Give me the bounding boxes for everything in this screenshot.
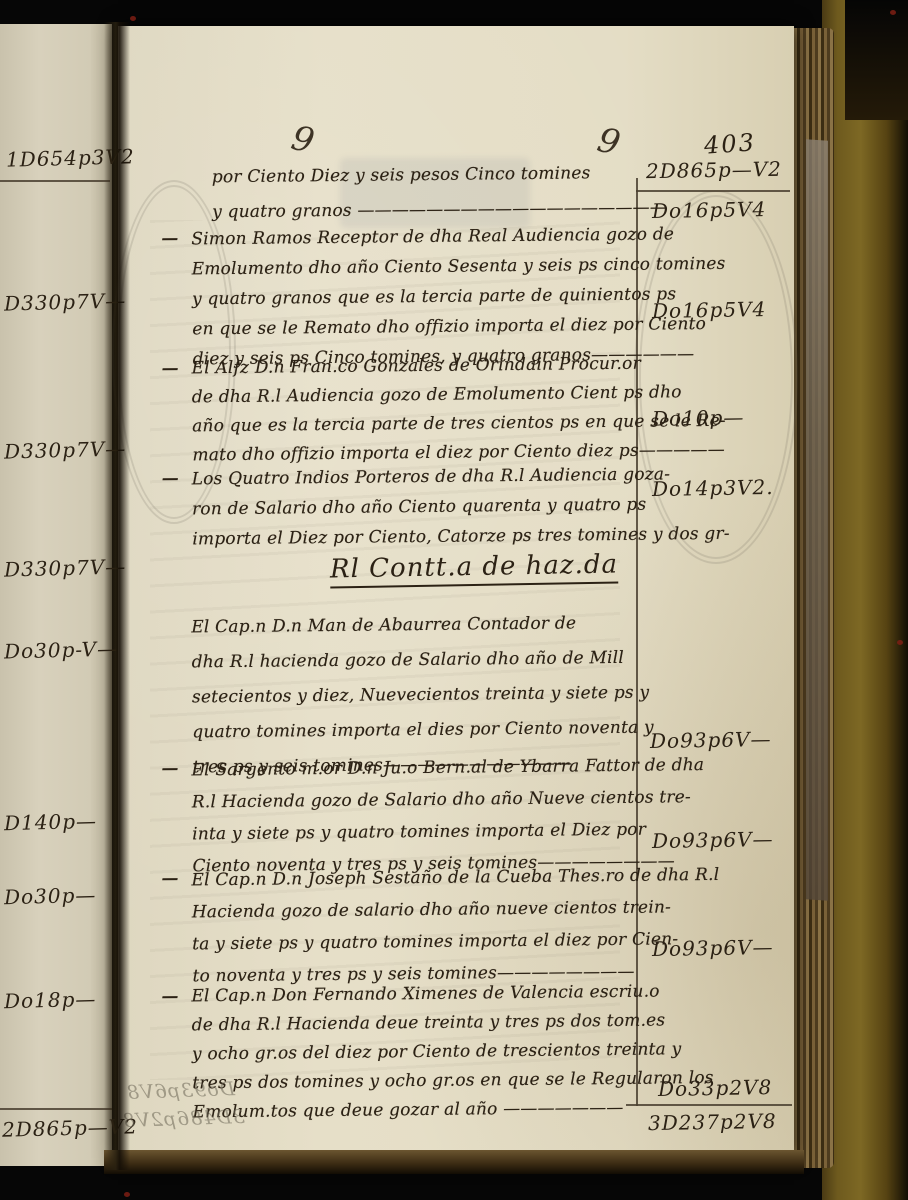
red-speck: [890, 10, 896, 15]
entry-line: El Cap.n D.n Man de Abaurrea Contador de: [191, 606, 651, 646]
entry-line: y quatro granos que es la tercia parte d…: [192, 280, 652, 315]
entry-line: por Ciento Diez y seis pesos Cinco tomin…: [212, 156, 652, 196]
entry-line: ta y siete ps y quatro tomines importa e…: [192, 924, 652, 961]
entry-line: R.l Hacienda gozo de Salario dho año Nue…: [192, 782, 652, 819]
cover-shadow: [845, 0, 908, 120]
entry-carried-over: por Ciento Diez y seis pesos Cinco tomin…: [212, 156, 653, 231]
manuscript-photo: 403 9 9 1D654p3V2 D330p7V— D330p7V— D330…: [0, 0, 908, 1200]
book-gutter: [104, 22, 130, 1170]
bottom-page-edges: [104, 1150, 804, 1174]
red-speck: [897, 640, 903, 645]
left-strip-bottom-rule: [0, 1108, 112, 1110]
red-speck: [130, 16, 136, 21]
entry-dash: —: [161, 987, 178, 1007]
entry-line: Emolum.tos que deue gozar al año ———————: [192, 1094, 652, 1128]
margin-amount: Do18p—: [4, 987, 97, 1013]
entry-gonzales-orindain: — El Alfz D.n Fran.co Gonzales de Orinda…: [191, 350, 652, 471]
red-speck: [124, 1192, 130, 1197]
entry-dash: —: [161, 869, 178, 889]
stamp-bleed-right: [634, 190, 798, 564]
entry-line: quatro tomines importa el dies por Cient…: [192, 711, 652, 751]
vellum-cover: [822, 0, 908, 1200]
carried-total-underline: [636, 190, 790, 192]
margin-amount: Do93p6V—: [650, 727, 772, 753]
entry-line: El Sargento m.or D.n Ju.o Bern.al de Yba…: [191, 750, 651, 787]
entry-line: Emolumento dho año Ciento Sesenta y seis…: [192, 250, 652, 285]
margin-amount: Do14p3V2.: [652, 475, 774, 501]
entry-line: Hacienda gozo de salario dho año nueve c…: [192, 892, 652, 929]
left-strip-top-rule: [0, 180, 110, 182]
margin-amount: Do30p-V—: [4, 637, 119, 664]
entry-line: Los Quatro Indios Porteros de dha R.l Au…: [192, 460, 652, 495]
entry-line: setecientos y diez, Nuevecientos treinta…: [192, 676, 652, 716]
margin-amount: Do16p5V4: [652, 197, 767, 223]
margin-amount: Do93p6V—: [652, 827, 774, 853]
section-heading: Rl Contt.a de haz.da: [330, 549, 619, 588]
margin-amount: D140p—: [4, 809, 98, 835]
entry-line: ron de Salario dho año Ciento quarenta y…: [192, 490, 652, 525]
entry-dash: —: [161, 359, 178, 379]
grand-total-amount: 3D237p2V8: [648, 1109, 777, 1135]
entry-line: inta y siete ps y quatro tomines importa…: [192, 814, 652, 851]
entry-dash: —: [161, 759, 178, 779]
entry-line: Simon Ramos Receptor de dha Real Audienc…: [191, 220, 651, 255]
entry-line: dha R.l hacienda gozo de Salario dho año…: [191, 641, 651, 681]
torn-paper-sliver: [806, 139, 828, 901]
entry-dash: —: [161, 229, 178, 249]
margin-amount: 2D865p—V2: [646, 157, 782, 183]
entry-line: en que se le Remato dho offizio importa …: [192, 310, 652, 345]
entry-sestano: — El Cap.n D.n Joseph Sestaño de la Cueb…: [191, 860, 652, 993]
margin-amount: Do30p—: [4, 883, 97, 909]
folio-number: 403: [703, 128, 757, 160]
bleedthrough-amount: Do93p6V8: [126, 1078, 236, 1104]
entry-dash: —: [162, 469, 179, 489]
entry-indios-porteros: — Los Quatro Indios Porteros de dha R.l …: [192, 460, 653, 555]
entry-line: El Cap.n D.n Joseph Sestaño de la Cueba …: [191, 860, 651, 897]
entry-ximenes: — El Cap.n Don Fernando Ximenes de Valen…: [191, 978, 652, 1128]
bleedthrough-amount: 3D486p2V8: [122, 1106, 245, 1132]
